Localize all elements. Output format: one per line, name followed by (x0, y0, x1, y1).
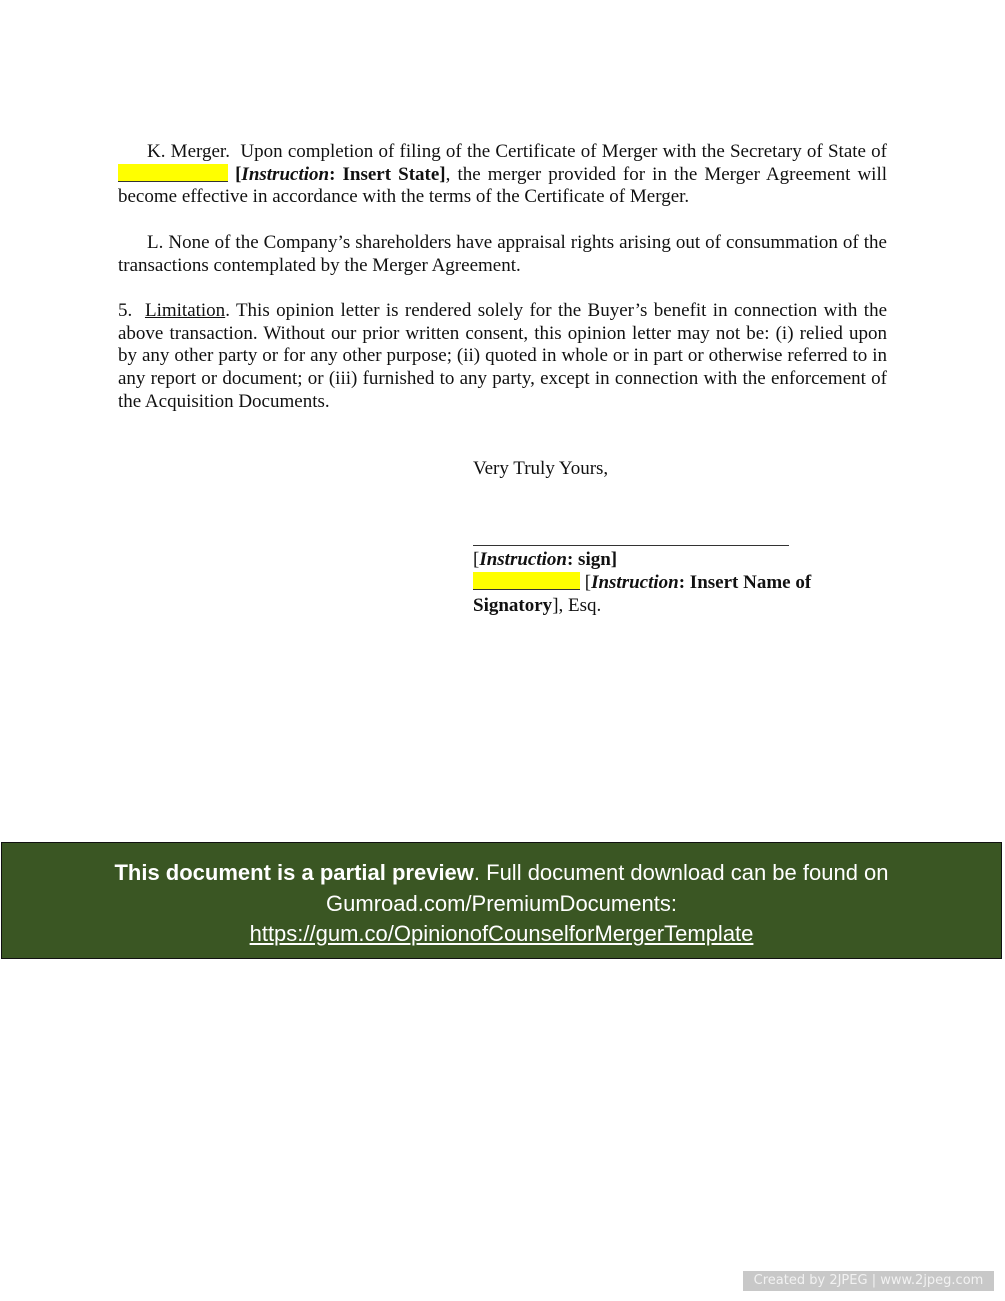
paragraph-5-limitation: 5. Limitation. This opinion letter is re… (118, 300, 887, 414)
banner-line-1: This document is a partial preview. Full… (2, 858, 1001, 889)
instruction-label: Instruction (479, 549, 567, 570)
signatory-name-instruction: [Instruction: Insert Name of Signatory],… (473, 572, 833, 617)
banner-bold-text: This document is a partial preview (114, 860, 473, 885)
section-number: 5. (118, 300, 132, 321)
name-blank-field[interactable] (473, 572, 580, 590)
paragraph-k-text-2: , the merger provided for in the Merger … (118, 164, 887, 208)
instruction-text: : sign] (567, 549, 617, 570)
paragraph-k-text-1: Upon completion of filing of the Certifi… (240, 141, 887, 162)
closing-salutation: Very Truly Yours, (473, 458, 833, 481)
banner-line-3: https://gum.co/OpinionofCounselforMerger… (2, 919, 1001, 950)
state-blank-field[interactable] (118, 164, 228, 182)
download-link[interactable]: https://gum.co/OpinionofCounselforMerger… (250, 921, 754, 946)
sign-instruction: [Instruction: sign] (473, 549, 833, 572)
watermark: Created by 2JPEG | www.2jpeg.com (743, 1271, 994, 1291)
section-text: . This opinion letter is rendered solely… (118, 300, 887, 412)
paragraph-k-label: K. Merger. (147, 141, 230, 162)
paragraph-l: L. None of the Company’s shareholders ha… (118, 232, 887, 277)
section-heading: Limitation (145, 300, 225, 321)
preview-banner: This document is a partial preview. Full… (1, 842, 1002, 959)
instruction-label: Instruction (241, 164, 329, 185)
name-suffix: ], Esq. (552, 595, 601, 616)
signature-line[interactable] (473, 545, 789, 546)
paragraph-k-merger: K. Merger. Upon completion of filing of … (118, 141, 887, 209)
instruction-label: Instruction (591, 572, 679, 593)
banner-text-1: . Full document download can be found on (474, 860, 889, 885)
instruction-text: : Insert State (329, 164, 439, 185)
banner-line-2: Gumroad.com/PremiumDocuments: (2, 889, 1001, 920)
